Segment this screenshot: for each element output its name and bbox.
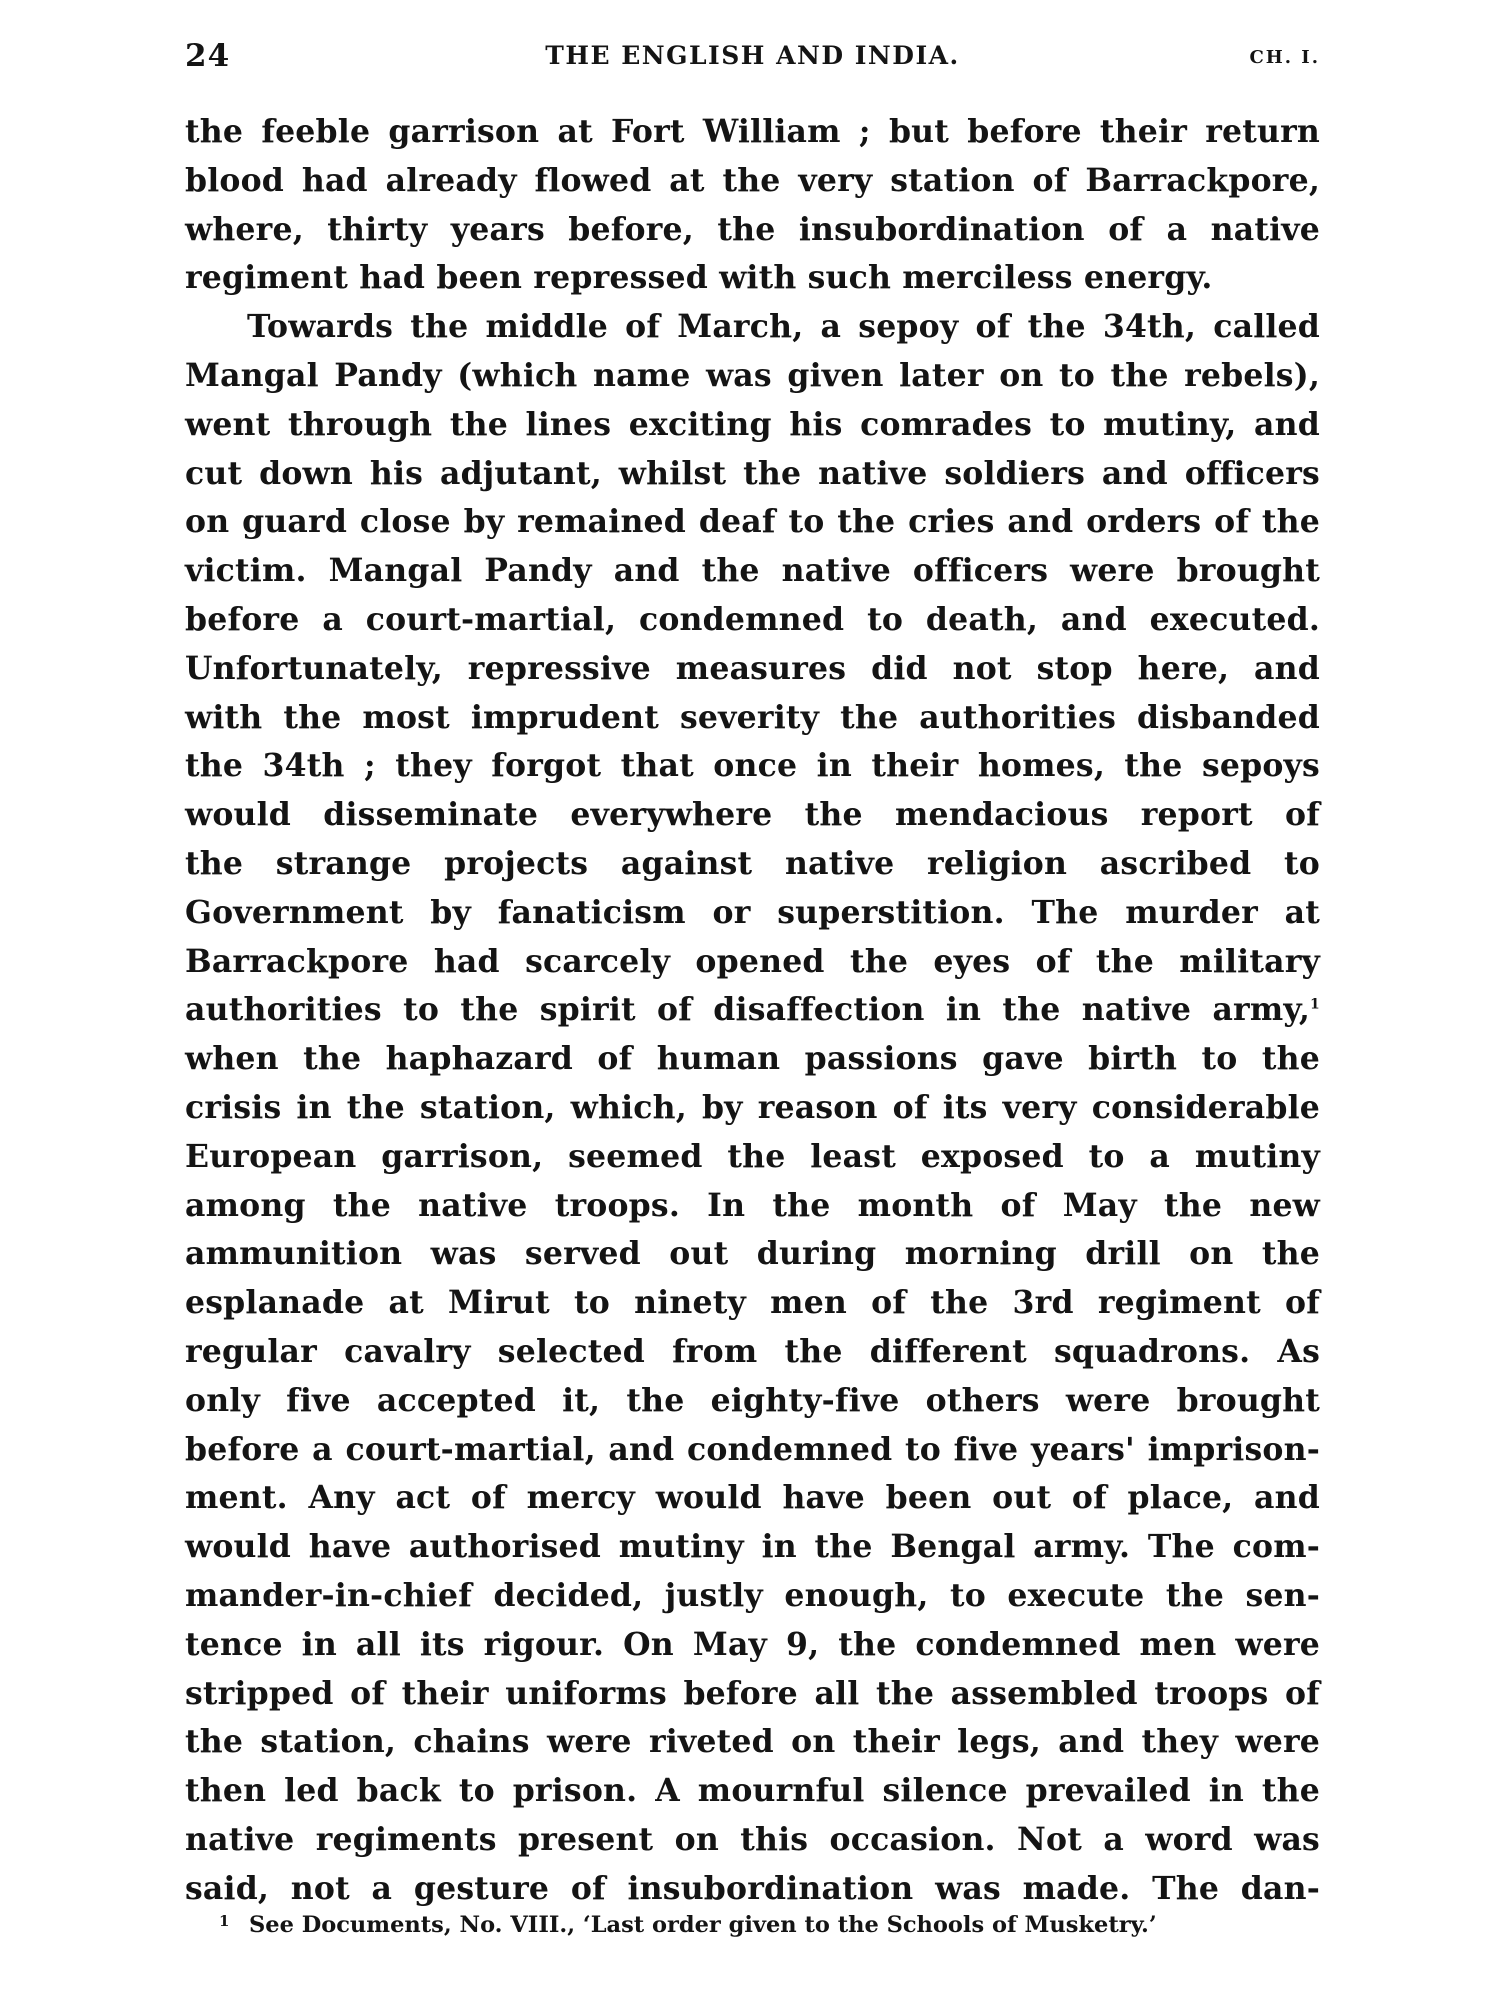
text-line: then led back to prison. A mournful sile…: [185, 1767, 1320, 1816]
running-title: THE ENGLISH AND INDIA.: [185, 36, 1320, 76]
footnote-reference: 1: [1310, 997, 1320, 1013]
text-line: among the native troops. In the month of…: [185, 1182, 1320, 1231]
text-line: esplanade at Mirut to ninety men of the …: [185, 1279, 1320, 1328]
text-line: mander-in-chief decided, justly enough, …: [185, 1572, 1320, 1621]
text-line: native regiments present on this occasio…: [185, 1816, 1320, 1865]
text-line: before a court-martial, condemned to dea…: [185, 596, 1320, 645]
chapter-reference: CH. I.: [1249, 38, 1320, 78]
text-line: Government by fanaticism or superstition…: [185, 889, 1320, 938]
text-line: Barrackpore had scarcely opened the eyes…: [185, 938, 1320, 987]
text-line: before a court-martial, and condemned to…: [185, 1426, 1320, 1475]
text-line: victim. Mangal Pandy and the native offi…: [185, 547, 1320, 596]
text-line: with the most imprudent severity the aut…: [185, 694, 1320, 743]
text-line: the station, chains were riveted on thei…: [185, 1718, 1320, 1767]
text-line: the feeble garrison at Fort William ; bu…: [185, 108, 1320, 157]
paragraph-start-line: Towards the middle of March, a sepoy of …: [185, 303, 1320, 352]
footnote-marker: 1: [219, 1907, 249, 1935]
text-line: on guard close by remained deaf to the c…: [185, 498, 1320, 547]
body-text: the feeble garrison at Fort William ; bu…: [185, 108, 1320, 1913]
text-line: Mangal Pandy (which name was given later…: [185, 352, 1320, 401]
text-line: the 34th ; they forgot that once in thei…: [185, 742, 1320, 791]
text-line: when the haphazard of human passions gav…: [185, 1035, 1320, 1084]
text-line: would have authorised mutiny in the Beng…: [185, 1523, 1320, 1572]
text-line-content: authorities to the spirit of disaffectio…: [185, 991, 1310, 1028]
text-line: went through the lines exciting his comr…: [185, 401, 1320, 450]
text-line: Unfortunately, repressive measures did n…: [185, 645, 1320, 694]
text-line: European garrison, seemed the least expo…: [185, 1133, 1320, 1182]
text-line: cut down his adjutant, whilst the native…: [185, 450, 1320, 499]
footnote-text: See Documents, No. VIII., ‘Last order gi…: [249, 1912, 1157, 1938]
text-line: regiment had been repressed with such me…: [185, 254, 1320, 303]
book-page: 24 THE ENGLISH AND INDIA. CH. I. the fee…: [185, 0, 1320, 2000]
text-line: blood had already flowed at the very sta…: [185, 157, 1320, 206]
text-line: ment. Any act of mercy would have been o…: [185, 1474, 1320, 1523]
text-line: crisis in the station, which, by reason …: [185, 1084, 1320, 1133]
text-line: stripped of their uniforms before all th…: [185, 1670, 1320, 1719]
text-line: only five accepted it, the eighty-five o…: [185, 1377, 1320, 1426]
text-line: the strange projects against native reli…: [185, 840, 1320, 889]
text-line: where, thirty years before, the insubord…: [185, 206, 1320, 255]
footnote: 1See Documents, No. VIII., ‘Last order g…: [219, 1907, 1319, 1943]
text-line: regular cavalry selected from the differ…: [185, 1328, 1320, 1377]
text-line: would disseminate everywhere the mendaci…: [185, 791, 1320, 840]
running-head: 24 THE ENGLISH AND INDIA. CH. I.: [185, 36, 1320, 76]
text-line-with-footnote-ref: authorities to the spirit of disaffectio…: [185, 986, 1320, 1035]
text-line: ammunition was served out during morning…: [185, 1230, 1320, 1279]
text-line: tence in all its rigour. On May 9, the c…: [185, 1621, 1320, 1670]
